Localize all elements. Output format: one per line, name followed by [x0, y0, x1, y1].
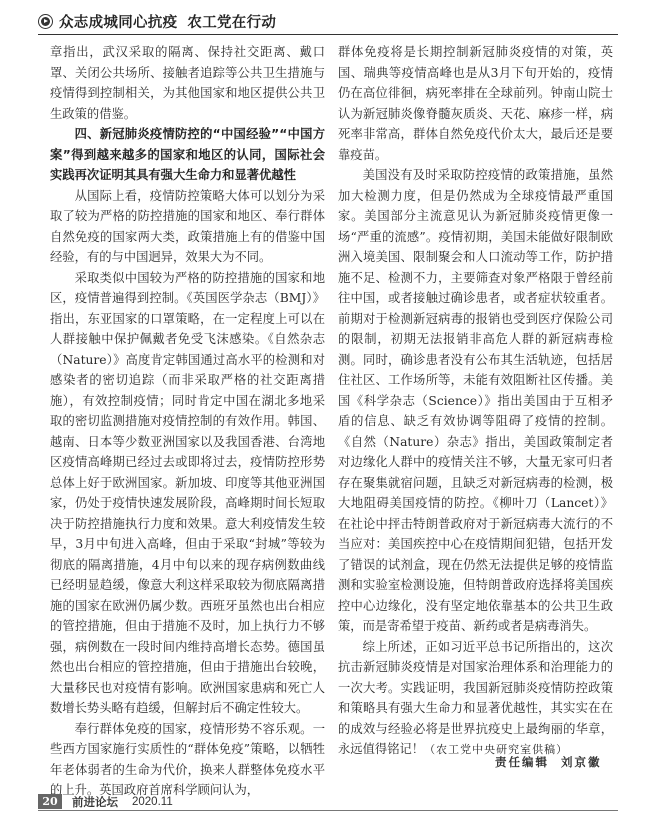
left-column: 章指出，武汉采取的隔离、保持社交距离、戴口罩、关闭公共场所、接触者追踪等公共卫生…: [50, 42, 325, 801]
paragraph: 美国没有及时采取防控疫情的政策措施，虽然加大检测力度，但是仍然成为全球疫情最严重…: [338, 165, 613, 637]
paragraph: 从国际上看，疫情防控策略大体可以划分为采取了较为严格的防控措施的国家和地区、奉行…: [50, 186, 325, 268]
running-header: 众志成城同心抗疫农工党在行动: [38, 8, 618, 35]
paragraph-continued: 群体免疫将是长期控制新冠肺炎疫情的对策，英国、瑞典等疫情高峰也是从3月下旬开始的…: [338, 42, 613, 165]
section-title-part1: 众志成城同心抗疫: [59, 15, 177, 31]
page-number: 20: [38, 794, 62, 809]
paragraph: 综上所述，正如习近平总书记所指出的，这次抗击新冠肺炎疫情是对国家治理体系和治理能…: [338, 637, 613, 761]
responsible-editor: 责任编辑刘京徽: [495, 754, 602, 770]
editor-label: 责任编辑: [495, 755, 549, 769]
paragraph: 采取类似中国较为严格的防控措施的国家和地区，疫情普遍得到控制。《英国医学杂志（B…: [50, 268, 325, 719]
right-column: 群体免疫将是长期控制新冠肺炎疫情的对策，英国、瑞典等疫情高峰也是从3月下旬开始的…: [338, 42, 613, 761]
paragraph: 奉行群体免疫的国家，疫情形势不容乐观。一些西方国家施行实质性的“群体免疫”策略，…: [50, 719, 325, 801]
circle-arrow-right-icon: [38, 14, 53, 29]
section-title: 众志成城同心抗疫农工党在行动: [59, 11, 276, 32]
paragraph-continued: 章指出，武汉采取的隔离、保持社交距离、戴口罩、关闭公共场所、接触者追踪等公共卫生…: [50, 42, 325, 124]
conclusion-text: 综上所述，正如习近平总书记所指出的，这次抗击新冠肺炎疫情是对国家治理体系和治理能…: [338, 640, 613, 757]
page-footer: 20 前进论坛 2020.11: [38, 793, 618, 811]
issue-number: 2020.11: [132, 796, 173, 808]
section-title-part2: 农工党在行动: [187, 15, 276, 31]
editor-name: 刘京徽: [561, 755, 602, 769]
section-heading: 四、新冠肺炎疫情防控的“中国经验”“中国方案”得到越来越多的国家和地区的认同，国…: [50, 124, 325, 186]
journal-name: 前进论坛: [72, 794, 118, 810]
